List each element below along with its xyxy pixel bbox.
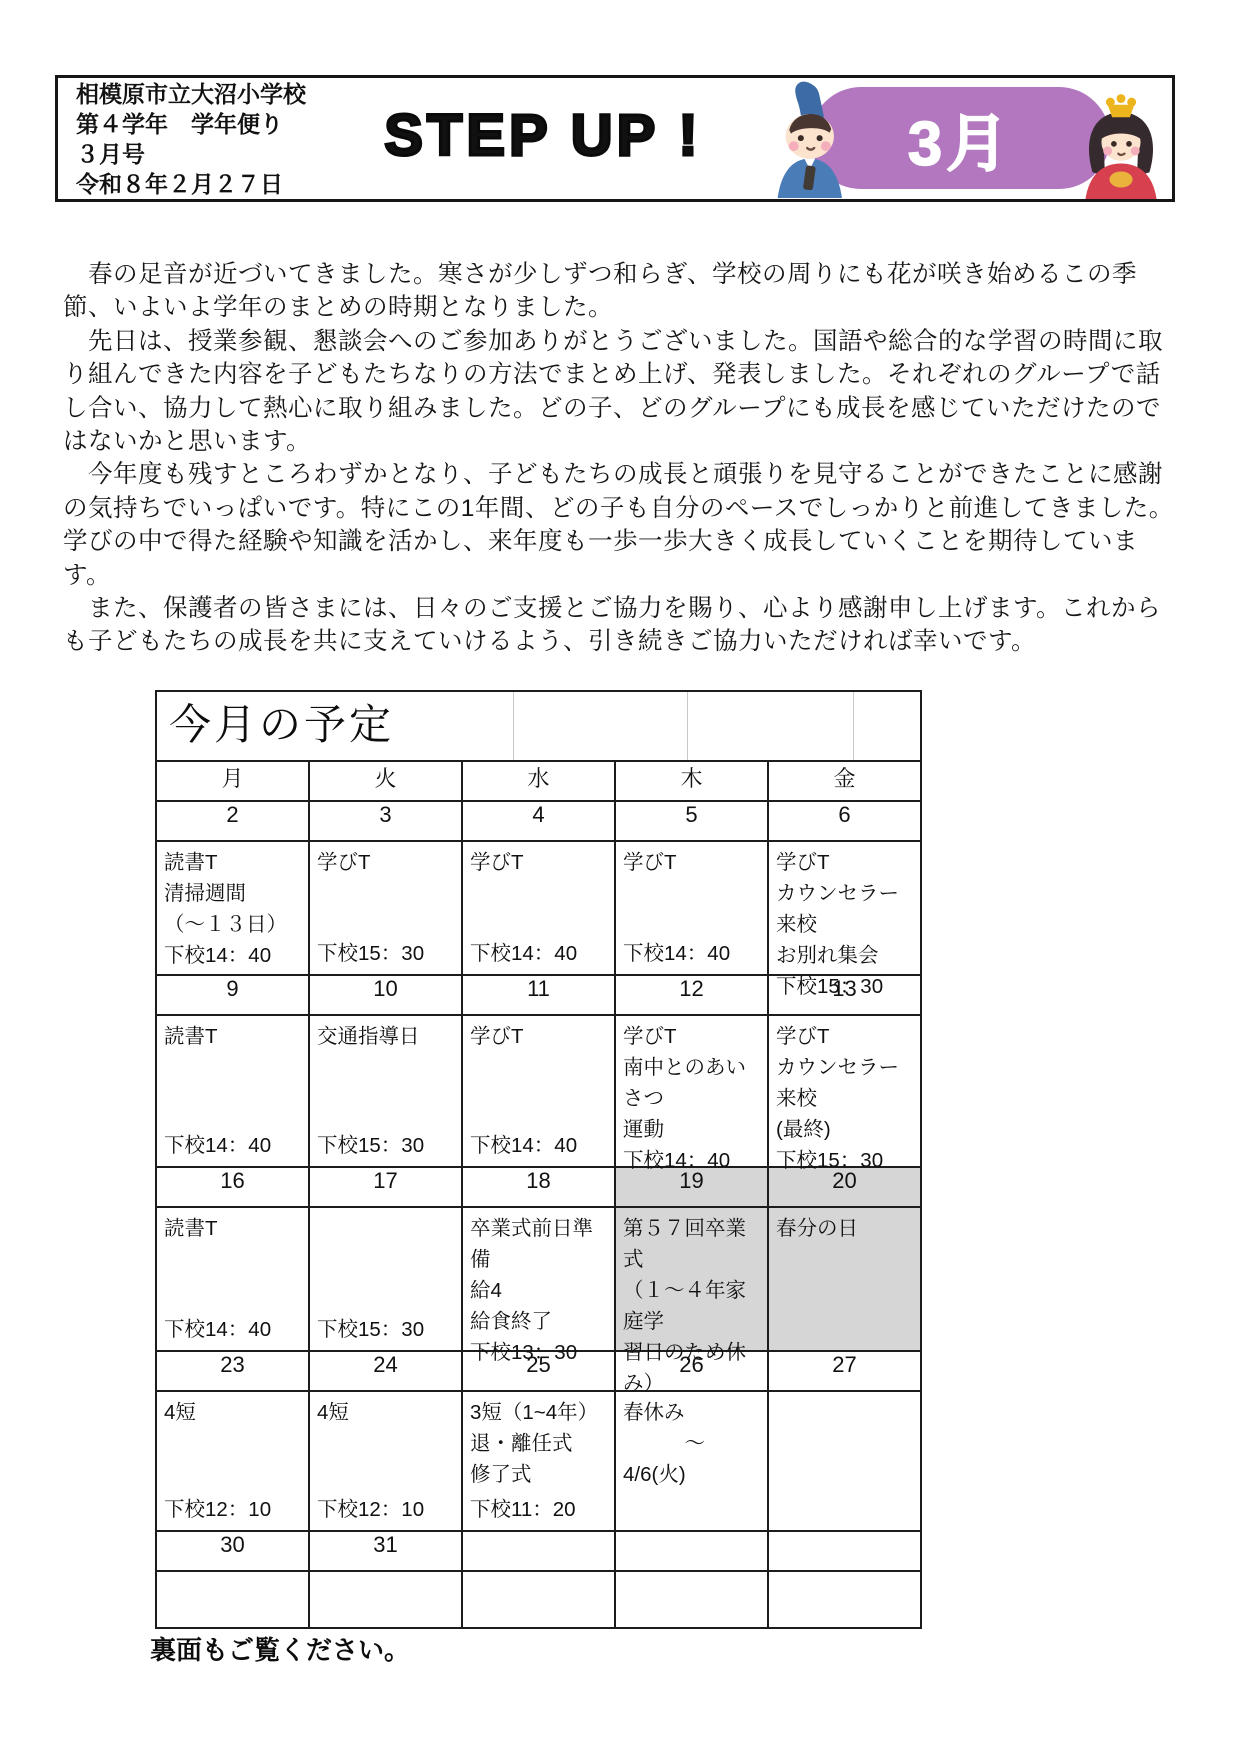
paragraph: 今年度も残すところわずかとなり、子どもたちの成長と頑張りを見守ることができたこと… xyxy=(63,458,1181,592)
event-cell xyxy=(309,1571,462,1628)
title-row-divider xyxy=(687,692,688,760)
school-name: 相模原市立大沼小学校 xyxy=(76,79,334,109)
paragraph: 春の足音が近づいてきました。寒さが少しずつ和らぎ、学校の周りにも花が咲き始めるこ… xyxy=(63,258,1181,325)
dismissal-time: 下校15：30 xyxy=(317,1314,454,1345)
body-text: 春の足音が近づいてきました。寒さが少しずつ和らぎ、学校の周りにも花が咲き始めるこ… xyxy=(63,258,1181,659)
paragraph: また、保護者の皆さまには、日々のご支援とご協力を賜り、心より感謝申し上げます。こ… xyxy=(63,592,1181,659)
weekday-header-cell: 水 xyxy=(462,761,615,801)
event-cell: 学びT下校14：40 xyxy=(615,841,768,975)
event-cell: 学びTカウンセラー来校お別れ集会下校15：30 xyxy=(768,841,921,975)
event-line: 修了式 xyxy=(470,1459,607,1490)
event-cell: 交通指導日下校15：30 xyxy=(309,1015,462,1167)
event-line: カウンセラー来校 xyxy=(776,1052,913,1114)
date-cell: 31 xyxy=(309,1531,462,1571)
event-line: 交通指導日 xyxy=(317,1021,454,1052)
dismissal-time: 下校14：40 xyxy=(623,938,760,969)
date-cell: 16 xyxy=(156,1167,309,1207)
issue-date: 令和８年２月２７日 xyxy=(76,169,334,199)
event-line: 学びT xyxy=(470,1021,607,1052)
dismissal-time: 下校15：30 xyxy=(317,1130,454,1161)
event-cell: 春分の日 xyxy=(768,1207,921,1351)
dismissal-time: 下校14：40 xyxy=(470,938,607,969)
event-cell: 卒業式前日準備給4給食終了下校13：30 xyxy=(462,1207,615,1351)
month-graphic: 3月 xyxy=(752,78,1172,199)
event-line: 4短 xyxy=(164,1397,301,1428)
newsletter-page: 相模原市立大沼小学校 第４学年 学年便り ３月号 令和８年２月２７日 STEP … xyxy=(0,0,1242,1756)
event-line: カウンセラー来校 xyxy=(776,878,913,940)
date-cell: 17 xyxy=(309,1167,462,1207)
event-cell xyxy=(462,1571,615,1628)
date-cell: 11 xyxy=(462,975,615,1015)
dismissal-time: 下校14：40 xyxy=(164,1314,301,1345)
issue-number: ３月号 xyxy=(76,139,334,169)
dismissal-time: 下校11：20 xyxy=(470,1494,607,1525)
event-line: 学びT xyxy=(317,847,454,878)
date-cell: 30 xyxy=(156,1531,309,1571)
calendar-title: 今月の予定 xyxy=(157,692,920,752)
event-line: 読書T xyxy=(164,847,301,878)
date-cell xyxy=(615,1531,768,1571)
date-cell: 5 xyxy=(615,801,768,841)
date-cell xyxy=(462,1531,615,1571)
header-info: 相模原市立大沼小学校 第４学年 学年便り ３月号 令和８年２月２７日 xyxy=(76,79,334,199)
back-page-note: 裏面もご覧ください。 xyxy=(150,1630,410,1667)
calendar-body: 今月の予定月火水木金23456読書T清掃週間（～１３日）下校14：40学びT下校… xyxy=(156,691,921,1628)
event-cell xyxy=(615,1571,768,1628)
date-cell: 23 xyxy=(156,1351,309,1391)
dismissal-time: 下校15：30 xyxy=(317,938,454,969)
newsletter-title: STEP UP ! xyxy=(334,102,752,175)
weekday-header-cell: 火 xyxy=(309,761,462,801)
event-line: 春休み xyxy=(623,1397,760,1428)
event-cell: 学びTカウンセラー来校(最終)下校15：30 xyxy=(768,1015,921,1167)
date-cell: 3 xyxy=(309,801,462,841)
date-cell: 2 xyxy=(156,801,309,841)
event-cell: 読書T清掃週間（～１３日）下校14：40 xyxy=(156,841,309,975)
calendar-table: 今月の予定月火水木金23456読書T清掃週間（～１３日）下校14：40学びT下校… xyxy=(155,690,922,1629)
event-line: ～4/6(火) xyxy=(623,1428,760,1490)
date-cell: 24 xyxy=(309,1351,462,1391)
event-cell: 学びT南中とのあいさつ運動下校14：40 xyxy=(615,1015,768,1167)
month-badge-label: 3月 xyxy=(908,94,1012,183)
event-line: 学びT xyxy=(776,1021,913,1052)
event-line: お別れ集会 xyxy=(776,940,913,971)
event-cell xyxy=(768,1391,921,1531)
event-line: 第５７回卒業式 xyxy=(623,1213,760,1275)
event-line: 南中とのあいさつ xyxy=(623,1052,760,1114)
event-line: 給食終了 xyxy=(470,1306,607,1337)
weekday-header-cell: 木 xyxy=(615,761,768,801)
event-line: 読書T xyxy=(164,1021,301,1052)
event-cell: 4短下校12：10 xyxy=(309,1391,462,1531)
event-line: 卒業式前日準備 xyxy=(470,1213,607,1275)
event-line: 読書T xyxy=(164,1213,301,1244)
date-cell: 18 xyxy=(462,1167,615,1207)
event-line: 運動 xyxy=(623,1114,760,1145)
event-line: （～１３日） xyxy=(164,909,301,940)
dismissal-time: 下校14：40 xyxy=(164,940,301,971)
girl-doll-icon xyxy=(1076,87,1166,204)
event-line: 3短（1~4年） xyxy=(470,1397,607,1428)
event-line: 春分の日 xyxy=(776,1213,913,1244)
event-cell: 読書T下校14：40 xyxy=(156,1015,309,1167)
grade-line: 第４学年 学年便り xyxy=(76,109,334,139)
calendar-title-cell: 今月の予定 xyxy=(156,691,921,761)
event-cell: 学びT下校14：40 xyxy=(462,1015,615,1167)
event-cell: 学びT下校14：40 xyxy=(462,841,615,975)
event-cell: 第５７回卒業式（１～４年家庭学習日のため休み） xyxy=(615,1207,768,1351)
date-cell: 12 xyxy=(615,975,768,1015)
paragraph: 先日は、授業参観、懇談会へのご参加ありがとうございました。国語や総合的な学習の時… xyxy=(63,325,1181,459)
event-cell: 春休み ～4/6(火) xyxy=(615,1391,768,1531)
event-line: 学びT xyxy=(470,847,607,878)
event-line: 退・離任式 xyxy=(470,1428,607,1459)
event-cell xyxy=(768,1571,921,1628)
date-cell: 10 xyxy=(309,975,462,1015)
date-cell: 9 xyxy=(156,975,309,1015)
event-cell: 読書T下校14：40 xyxy=(156,1207,309,1351)
weekday-header-cell: 金 xyxy=(768,761,921,801)
boy-doll-icon xyxy=(758,80,858,203)
date-cell xyxy=(768,1531,921,1571)
event-cell: 下校15：30 xyxy=(309,1207,462,1351)
event-line: （１～４年家庭学 xyxy=(623,1275,760,1337)
event-line: 4短 xyxy=(317,1397,454,1428)
dismissal-time: 下校14：40 xyxy=(164,1130,301,1161)
event-line: (最終) xyxy=(776,1114,913,1145)
dismissal-time: 下校12：10 xyxy=(164,1494,301,1525)
event-line: 給4 xyxy=(470,1275,607,1306)
title-row-divider xyxy=(513,692,514,760)
title-row-divider xyxy=(853,692,854,760)
weekday-header-cell: 月 xyxy=(156,761,309,801)
date-cell: 27 xyxy=(768,1351,921,1391)
event-line: 清掃週間 xyxy=(164,878,301,909)
date-cell: 4 xyxy=(462,801,615,841)
event-line: 学びT xyxy=(776,847,913,878)
header-box: 相模原市立大沼小学校 第４学年 学年便り ３月号 令和８年２月２７日 STEP … xyxy=(55,75,1175,202)
event-line: 学びT xyxy=(623,1021,760,1052)
dismissal-time: 下校14：40 xyxy=(470,1130,607,1161)
event-cell: 4短下校12：10 xyxy=(156,1391,309,1531)
event-line: 学びT xyxy=(623,847,760,878)
event-cell xyxy=(156,1571,309,1628)
date-cell: 6 xyxy=(768,801,921,841)
dismissal-time: 下校12：10 xyxy=(317,1494,454,1525)
event-cell: 学びT下校15：30 xyxy=(309,841,462,975)
event-cell: 3短（1~4年）退・離任式修了式下校11：20 xyxy=(462,1391,615,1531)
